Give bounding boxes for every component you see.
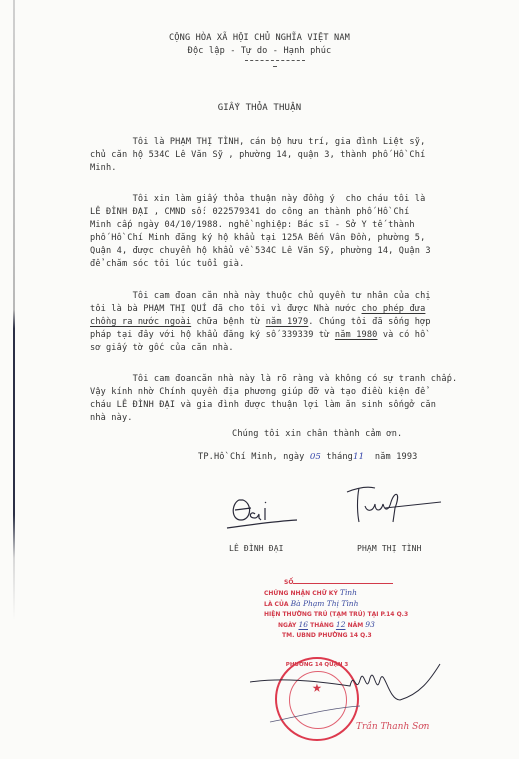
p3-text: pháp tại đây với hộ khẩu đăng ký số 3393… bbox=[90, 330, 335, 340]
p3-underlined: chồng ra nước ngoài bbox=[90, 317, 191, 327]
certification-stamp: SỐ CHỨNG NHẬN CHỮ KÝ Tình LÀ CỦA Bà Phạm… bbox=[264, 578, 414, 641]
stamp-day: 16 bbox=[298, 620, 308, 629]
stamp-certify-label: CHỨNG NHẬN CHỮ KÝ bbox=[264, 590, 338, 597]
p3-line: Tôi cam đoan căn nhà này thuộc chủ quyền… bbox=[90, 290, 431, 303]
p2-line: phố Hồ Chí Minh đăng ký hộ khẩu tại 125A… bbox=[90, 232, 425, 245]
stamp-month-label: THÁNG bbox=[310, 622, 334, 629]
header-divider bbox=[245, 60, 305, 61]
p3-underlined: năm 1979 bbox=[266, 317, 309, 327]
scan-edge bbox=[13, 0, 15, 620]
p1-line: Minh. bbox=[90, 162, 117, 175]
p2-line: để chăm sóc tôi lúc tuổi già. bbox=[90, 258, 244, 271]
stamp-number-label: SỐ bbox=[284, 579, 293, 586]
stamp-authority: TM. UBND PHƯỜNG 14 Q.3 bbox=[264, 631, 414, 641]
official-signature-icon bbox=[250, 660, 450, 730]
p3-text: và có hồ bbox=[378, 330, 426, 340]
signer-name: LÊ ĐÌNH ĐẠI bbox=[229, 542, 284, 555]
p1-line: Tôi là PHẠM THỊ TÌNH, cán bộ hưu trí, gi… bbox=[90, 136, 425, 149]
p3-line: tôi là bà PHẠM THỊ QUÍ đã cho tôi vì đượ… bbox=[90, 303, 425, 316]
stamp-year-label: NĂM bbox=[348, 622, 364, 629]
stamp-residence: HIỆN THƯỜNG TRÚ (TẠM TRÚ) TẠI P.14 Q.3 bbox=[264, 610, 414, 620]
p2-line: Quận 4, được chuyển hộ khẩu về 534C Lê V… bbox=[90, 245, 431, 258]
dateline-day: 05 bbox=[310, 452, 321, 462]
p3-underlined: cho phép đưa bbox=[362, 304, 426, 314]
p4-line: Tôi cam đoancăn nhà này là rõ ràng và kh… bbox=[90, 373, 457, 386]
p2-line: Tôi xin làm giấy thỏa thuận này đồng ý c… bbox=[90, 193, 425, 206]
p3-text: . Chúng tôi đã sống hợp bbox=[308, 317, 430, 327]
official-signer-name: Trần Thanh Sơn bbox=[356, 722, 429, 732]
p2-line: LÊ ĐÌNH ĐẠI , CMND số: 022579341 do công… bbox=[90, 206, 409, 219]
stamp-month: 12 bbox=[336, 620, 346, 629]
document-page: CỘNG HÒA XÃ HỘI CHỦ NGHĨA VIỆT NAM Độc l… bbox=[0, 0, 519, 759]
thanks-line: Chúng tôi xin chân thành cảm ơn. bbox=[232, 428, 402, 441]
p3-underlined: năm 1980 bbox=[335, 330, 378, 340]
p4-line: Vậy kính nhờ Chính quyền địa phương giúp… bbox=[90, 386, 425, 399]
document-title: GIẤY THỎA THUẬN bbox=[0, 102, 519, 115]
signer-name: PHẠM THỊ TÌNH bbox=[357, 542, 422, 555]
p1-line: chủ căn hộ 534C Lê Văn Sỹ , phường 14, q… bbox=[90, 149, 425, 162]
p2-line: Minh cấp ngày 04/10/1988. nghề nghiệp: B… bbox=[90, 219, 415, 232]
p3-line: sơ giấy tờ gốc của căn nhà. bbox=[90, 342, 234, 355]
signature-tinh-icon bbox=[345, 482, 445, 526]
p3-line: pháp tại đây với hộ khẩu đăng ký số 3393… bbox=[90, 329, 425, 342]
national-title: CỘNG HÒA XÃ HỘI CHỦ NGHĨA VIỆT NAM bbox=[0, 32, 519, 45]
stamp-signature-value: Tình bbox=[340, 588, 357, 597]
header-divider-mark bbox=[273, 66, 277, 67]
p3-line: chồng ra nước ngoài chữa bệnh từ năm 197… bbox=[90, 316, 431, 329]
dateline-year: năm 1993 bbox=[364, 452, 417, 462]
signature-dai-icon bbox=[225, 490, 315, 532]
p4-line: cháu LÊ ĐÌNH ĐẠI và gia đình được thuận … bbox=[90, 399, 436, 412]
stamp-owner-value: Bà Phạm Thị Tình bbox=[291, 599, 359, 608]
dateline-month-label: tháng bbox=[321, 452, 353, 462]
dateline: TP.Hồ Chí Minh, ngày 05 tháng11 năm 1993 bbox=[198, 451, 418, 464]
dateline-month: 11 bbox=[353, 452, 364, 462]
stamp-day-label: NGÀY bbox=[278, 622, 296, 629]
dateline-prefix: TP.Hồ Chí Minh, ngày bbox=[198, 452, 310, 462]
p4-line: nhà này. bbox=[90, 412, 133, 425]
stamp-owner-label: LÀ CỦA bbox=[264, 601, 288, 608]
p3-text: chữa bệnh từ bbox=[191, 317, 266, 327]
stamp-year: 93 bbox=[365, 620, 375, 629]
p3-text: tôi là bà PHẠM THỊ QUÍ đã cho tôi vì đượ… bbox=[90, 304, 362, 314]
national-motto: Độc lập - Tự do - Hạnh phúc bbox=[0, 45, 519, 58]
